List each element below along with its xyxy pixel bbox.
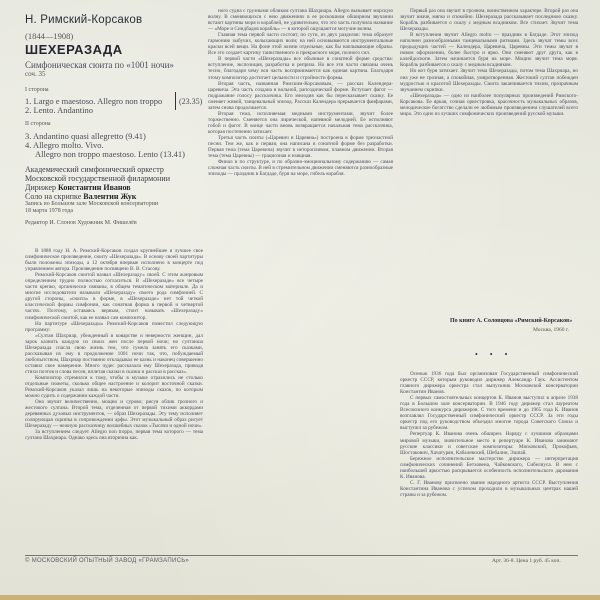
side-two-label: II сторона	[25, 121, 51, 127]
liner-notes-middle-column: ного судна с грузными обликом султана Ша…	[208, 8, 393, 546]
paragraph: Третья часть сюиты («Царевич и Царевна»)…	[208, 135, 393, 159]
source-attribution-date: Москва, 1960 г.	[533, 327, 569, 333]
source-attribution: По книге А. Соловцова «Римский-Корсаков»	[450, 318, 572, 324]
work-title: ШЕХЕРАЗАДА	[25, 42, 123, 57]
paragraph: Композитор стремился к тому, чтобы в муз…	[25, 375, 203, 399]
copyright-icon: ©	[25, 558, 30, 564]
tracks-bracket	[172, 92, 176, 110]
performer-credits: Академический симфонический оркестр Моск…	[25, 165, 170, 201]
liner-notes-right-column: Первый раз она звучит в грозном, воинств…	[400, 8, 578, 313]
paragraph: На партитуре «Шехеразады» Римский-Корсак…	[25, 321, 203, 333]
paragraph: Репертуар К. Иванова очень обширен. Наря…	[400, 431, 578, 455]
side-one-duration: (23.35)	[179, 97, 202, 106]
recording-info: Запись во Большом зале Московской консер…	[25, 201, 158, 215]
paragraph: В первой части «Шехеразады» все обычные …	[208, 56, 393, 80]
paragraph: С. Г. Иванову присвоено звание народного…	[400, 480, 578, 498]
conductor-label: Дирижер	[25, 183, 56, 192]
paragraph: Финал и по структуре, и по образно-эмоци…	[208, 159, 393, 177]
paragraph: «Султан Шахриар, убежденный в коварстве …	[25, 333, 203, 375]
side-one-label: I сторона	[25, 87, 49, 93]
publisher-name: МОСКОВСКИЙ ОПЫТНЫЙ ЗАВОД «ГРАМЗАПИСЬ»	[32, 558, 189, 564]
paragraph: В вступлении звучит Allegro molto — праз…	[400, 32, 578, 68]
paragraph: Вторая тема, исполняемая медными инструм…	[208, 111, 393, 135]
paragraph: Главная тема первой части состоит, по су…	[208, 32, 393, 56]
violin-solo-line: Соло на скрипке Валентин Жук	[25, 192, 170, 201]
paragraph: За вступлением следует Allegro non tropp…	[25, 429, 203, 441]
composer-years: (1844—1908)	[25, 31, 73, 41]
violinist-name: Валентин Жук	[83, 192, 136, 201]
recording-venue: Запись во Большом зале Московской консер…	[25, 201, 158, 208]
paragraph: Вторая часть, названная Римским-Корсаков…	[208, 81, 393, 111]
paragraph: С первых самостоятельных концертов К. Ив…	[400, 395, 578, 431]
paragraph: Осенью 1936 года был организован Государ…	[400, 371, 578, 395]
recording-date: 18 марта 1978 года	[25, 208, 158, 215]
paragraph: Римский-Корсаков сюитой назвал «Шехераза…	[25, 272, 203, 320]
paragraph: Бережное исполнительское мастерство дири…	[400, 456, 578, 480]
paragraph: ного судна с грузными обликом султана Ша…	[208, 8, 393, 32]
orchestra-line-2: Московской государственной филармонии	[25, 174, 170, 183]
conductor-line: Дирижер Константин Иванов	[25, 183, 170, 192]
liner-notes-left-column: В 1888 году Н. А. Римский-Корсаков созда…	[25, 248, 203, 548]
paragraph: «Шехеразада» — одно из наиболее популярн…	[400, 93, 578, 117]
paragraph: Первый раз она звучит в грозном, воинств…	[400, 8, 578, 32]
work-subtitle: Симфоническая сюита по «1001 ночи»	[25, 60, 174, 70]
track-list-item: Allegro non troppo maestoso. Lento (13.4…	[35, 149, 185, 159]
sleeve-edge	[0, 595, 600, 600]
conductor-notes: Осенью 1936 года был организован Государ…	[400, 371, 578, 541]
opus-number: соч. 35	[25, 70, 45, 78]
composer-name: Н. Римский-Корсаков	[25, 14, 142, 26]
paragraph: В 1888 году Н. А. Римский-Корсаков созда…	[25, 248, 203, 272]
section-separator: • • •	[475, 350, 512, 359]
editor-credits: Редактор И. Слонов Художник М. Фишелёв	[25, 220, 137, 226]
violin-label: Соло на скрипке	[25, 192, 81, 201]
publisher-line: © МОСКОВСКИЙ ОПЫТНЫЙ ЗАВОД «ГРАМЗАПИСЬ»	[25, 558, 189, 564]
catalog-price: Арт. 36-8. Цена 1 руб. 45 коп.	[492, 558, 561, 564]
paragraph: Она звучит величественно, мощно и сурово…	[25, 399, 203, 429]
orchestra-line-1: Академический симфонический оркестр	[25, 165, 170, 174]
track-list-item: 2. Lento. Andantino	[25, 105, 93, 115]
conductor-name: Константин Иванов	[58, 183, 131, 192]
paragraph: Но вот буря затихает. Звучит тема Шехера…	[400, 68, 578, 92]
footer-divider	[25, 555, 578, 556]
